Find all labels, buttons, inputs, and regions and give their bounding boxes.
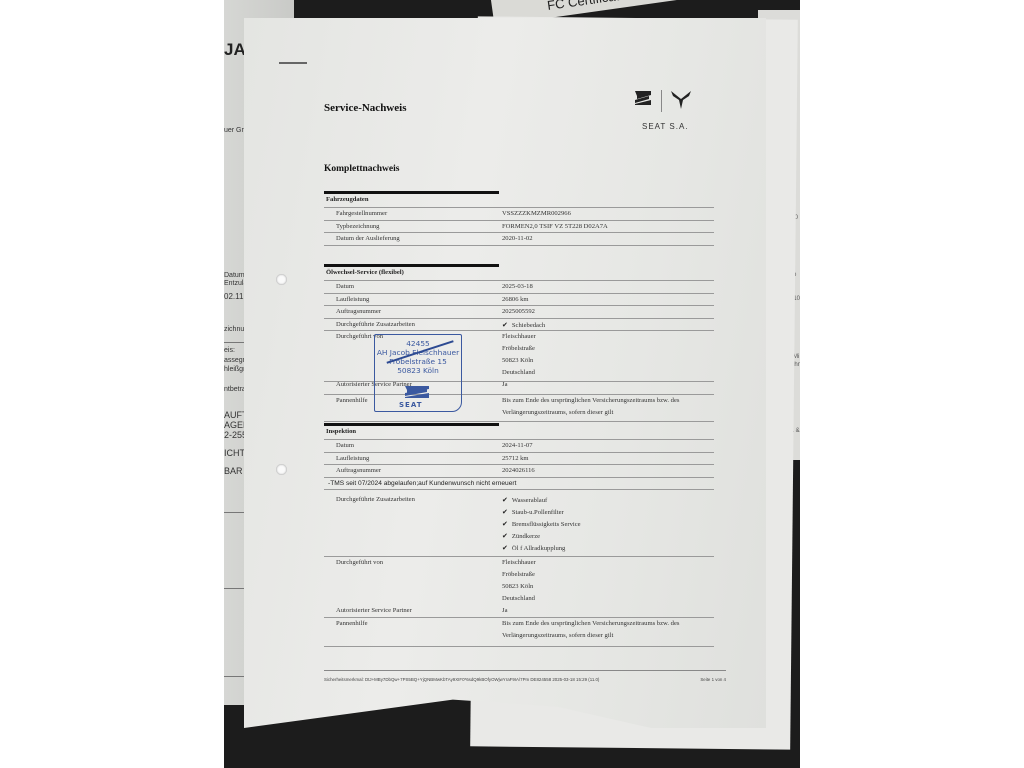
row-value: 26806 km — [502, 296, 529, 303]
row-label: Auftragsnummer — [336, 467, 381, 474]
row-value: 2024-11-07 — [502, 442, 533, 449]
stamp-line: 50823 Köln — [375, 366, 461, 375]
breakdown-row: Pannenhilfe Bis zum Ende des ursprünglic… — [324, 618, 714, 647]
seat-logo-icon — [634, 90, 652, 106]
authorized-value: Ja — [502, 381, 536, 393]
stamp-brand: SEAT — [399, 401, 422, 410]
extra-work-row: Durchgeführte Zusatzarbeiten ✔Wasserabla… — [324, 490, 714, 557]
logo-divider — [661, 90, 662, 112]
stamp-seat-logo-icon — [403, 385, 431, 399]
row-label: Laufleistung — [336, 455, 369, 462]
row-label: Datum — [336, 442, 354, 449]
address-line: Fleischhauer — [502, 333, 536, 345]
bg-left-line: eis: — [224, 347, 235, 354]
row-label: Laufleistung — [336, 296, 369, 303]
row-value: 2024026116 — [502, 467, 535, 474]
row-label: Autorisierter Service Partner — [336, 607, 412, 614]
checkmark-icon: ✔ — [502, 321, 508, 329]
row-label: Auftragsnummer — [336, 308, 381, 315]
punch-hole — [276, 464, 287, 475]
table-row: Laufleistung 25712 km — [324, 453, 714, 466]
address-line: Fleischhauer — [502, 559, 536, 571]
row-label: Datum der Auslieferung — [336, 235, 400, 242]
table-row: Typbezeichnung FORMEN2,0 TSIF VZ 5T228 D… — [324, 221, 714, 234]
table-row: Datum 2024-11-07 — [324, 440, 714, 453]
certificate-title: FC Certificate of Co — [546, 0, 661, 13]
company-name: SEAT S.A. — [642, 122, 689, 131]
page-number: Seite 1 von 4 — [700, 677, 726, 682]
table-row: Datum der Auslieferung 2020-11-02 — [324, 233, 714, 246]
inspection-note: -TMS seit 07/2024 abgelaufen;auf Kundenw… — [328, 480, 516, 487]
performed-by-row: Durchgeführt von Fleischhauer Fröbelstra… — [324, 557, 714, 618]
row-label: Pannenhilfe — [336, 397, 368, 404]
stamp-line: 42455 — [375, 339, 461, 348]
checkmark-icon: ✔ — [502, 508, 508, 516]
checkmark-icon: ✔ — [502, 520, 508, 528]
document-subtitle: Komplettnachweis — [324, 164, 399, 174]
table-row: Datum 2025-03-18 — [324, 281, 714, 294]
breakdown-text: Bis zum Ende des ursprünglichen Versiche… — [502, 397, 679, 409]
performed-by-address: Fleischhauer Fröbelstraße 50823 Köln Deu… — [502, 333, 536, 393]
row-value: Schiebedach — [512, 322, 545, 329]
row-label: Pannenhilfe — [336, 620, 368, 627]
row-value: 2025005592 — [502, 308, 535, 315]
row-label: Durchgeführt von — [336, 559, 383, 566]
address-line: 50823 Köln — [502, 583, 536, 595]
row-value: 25712 km — [502, 455, 529, 462]
table-row: Fahrgestellnummer VSSZZZKMZMR002966 — [324, 208, 714, 221]
table-row: Auftragsnummer 2025005592 — [324, 306, 714, 319]
checkmark-icon: ✔ — [502, 544, 508, 552]
table-row: Auftragsnummer 2024026116 — [324, 465, 714, 478]
address-line: 50823 Köln — [502, 357, 536, 369]
section-heading: Fahrzeugdaten — [324, 194, 714, 208]
row-value: 2025-03-18 — [502, 283, 533, 290]
extra-work-item: Bremsflüssigkeits Service — [512, 521, 581, 528]
extra-work-item: Zündkerze — [512, 533, 540, 540]
row-value: VSSZZZKMZMR002966 — [502, 210, 571, 217]
extra-work-item: Staub-u.Pollenfilter — [512, 509, 564, 516]
row-label: Typbezeichnung — [336, 223, 379, 230]
row-value: 2020-11-02 — [502, 235, 533, 242]
breakdown-text: Verlängerungszeitraums, sofern dieser gi… — [502, 632, 679, 644]
extra-work-item: Öl f Allradkupplung — [512, 545, 565, 552]
breakdown-text: Verlängerungszeitraums, sofern dieser gi… — [502, 409, 679, 421]
row-label: Durchgeführte Zusatzarbeiten — [336, 321, 415, 328]
address-line: Fröbelstraße — [502, 345, 536, 357]
checkmark-icon: ✔ — [502, 532, 508, 540]
address-line: Deutschland — [502, 595, 536, 607]
extra-work-item: Wasserablauf — [512, 497, 547, 504]
bg-left-line: Datum — [224, 272, 245, 279]
section-heading: Ölwechsel-Service (flexibel) — [324, 267, 714, 281]
row-label: Datum — [336, 283, 354, 290]
document-footer: Sicherheitsmerkmal: DtJ+MBy7DbQw+7PS5BQ+… — [324, 670, 726, 683]
seat-cupra-logo: SEAT S.A. — [634, 90, 704, 140]
breakdown-text: Bis zum Ende des ursprünglichen Versiche… — [502, 620, 679, 632]
inspection-section: Inspektion Datum 2024-11-07 Laufleistung… — [324, 423, 714, 647]
service-record-page: Service-Nachweis SEAT S.A. Komplettnachw… — [244, 18, 766, 728]
address-line: Deutschland — [502, 369, 536, 381]
table-row: Laufleistung 26806 km — [324, 294, 714, 307]
footer-security-code: Sicherheitsmerkmal: DtJ+MBy7DbQw+7PS5BQ+… — [324, 677, 664, 682]
dealer-stamp: 42455 AH Jacob Fleischhauer Fröbelstraße… — [374, 334, 462, 412]
row-label: Fahrgestellnummer — [336, 210, 387, 217]
punch-hole — [276, 274, 287, 285]
document-title: Service-Nachweis — [324, 102, 406, 114]
table-row: Durchgeführte Zusatzarbeiten ✔Schiebedac… — [324, 319, 714, 332]
checkmark-icon: ✔ — [502, 496, 508, 504]
vehicle-data-section: Fahrzeugdaten Fahrgestellnummer VSSZZZKM… — [324, 191, 714, 246]
photo-background: JACO uer GmbH & C Datum Entzulass 02.11.… — [224, 0, 800, 768]
row-value: FORMEN2,0 TSIF VZ 5T228 D02A7A — [502, 223, 608, 230]
cupra-logo-icon — [670, 90, 692, 110]
row-label: Durchgeführte Zusatzarbeiten — [336, 496, 415, 503]
address-line: Fröbelstraße — [502, 571, 536, 583]
page-mark — [279, 62, 307, 64]
section-heading: Inspektion — [324, 426, 714, 440]
inspection-note-row: -TMS seit 07/2024 abgelaufen;auf Kundenw… — [324, 478, 714, 491]
